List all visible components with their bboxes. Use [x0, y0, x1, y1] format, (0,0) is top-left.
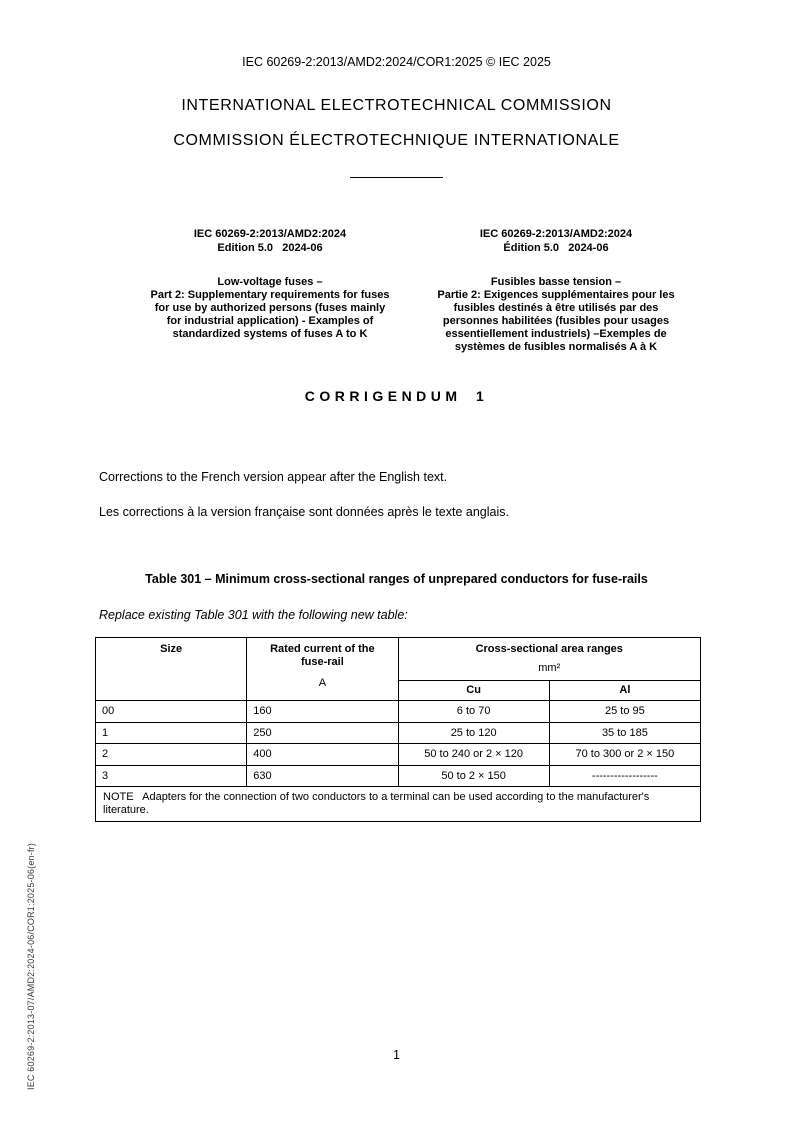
cell-cu: 25 to 120	[398, 722, 549, 744]
cell-al: 25 to 95	[549, 701, 700, 723]
standard-title-en: Low-voltage fuses – Part 2: Supplementar…	[110, 276, 430, 341]
table-header-row-1: Size Rated current of the fuse-rail A Cr…	[96, 638, 701, 681]
standard-reference-fr: IEC 60269-2:2013/AMD2:2024	[402, 228, 710, 242]
cell-size: 3	[96, 765, 247, 787]
page-number: 1	[0, 1048, 793, 1062]
corrections-note-english: Corrections to the French version appear…	[99, 470, 699, 485]
col-header-al: Al	[549, 681, 700, 701]
corrigendum-heading: CORRIGENDUM 1	[0, 388, 793, 404]
org-name-english: INTERNATIONAL ELECTROTECHNICAL COMMISSIO…	[0, 97, 793, 115]
edition-block-french: IEC 60269-2:2013/AMD2:2024 Édition 5.0 2…	[402, 228, 710, 354]
cell-cu: 50 to 2 × 150	[398, 765, 549, 787]
org-name-french: COMMISSION ÉLECTROTECHNIQUE INTERNATIONA…	[0, 132, 793, 150]
table-replace-instruction: Replace existing Table 301 with the foll…	[99, 608, 699, 622]
col-header-rated-current-unit: A	[247, 677, 397, 689]
col-header-cu: Cu	[398, 681, 549, 701]
col-header-rated-current: Rated current of the fuse-rail A	[247, 638, 398, 701]
col-header-size-label: Size	[96, 643, 246, 656]
cell-size: 2	[96, 744, 247, 766]
cell-cu: 6 to 70	[398, 701, 549, 723]
col-header-cross-sectional-label: Cross-sectional area ranges	[399, 643, 701, 656]
cell-current: 400	[247, 744, 398, 766]
col-header-cross-sectional-unit: mm²	[399, 662, 701, 674]
col-header-rated-current-label: Rated current of the fuse-rail	[247, 643, 397, 668]
table-row: 1 250 25 to 120 35 to 185	[96, 722, 701, 744]
cell-size: 00	[96, 701, 247, 723]
corrections-note-french: Les corrections à la version française s…	[99, 505, 699, 520]
table-row: 00 160 6 to 70 25 to 95	[96, 701, 701, 723]
table-301: Size Rated current of the fuse-rail A Cr…	[95, 637, 701, 822]
cell-size: 1	[96, 722, 247, 744]
cell-current: 250	[247, 722, 398, 744]
cell-cu: 50 to 240 or 2 × 120	[398, 744, 549, 766]
document-page: IEC 60269-2:2013/AMD2:2024/COR1:2025 © I…	[0, 0, 793, 1122]
document-reference-header: IEC 60269-2:2013/AMD2:2024/COR1:2025 © I…	[0, 55, 793, 69]
col-header-size: Size	[96, 638, 247, 701]
table-row: 3 630 50 to 2 × 150 ------------------	[96, 765, 701, 787]
edition-line-en: Edition 5.0 2024-06	[110, 242, 430, 256]
table-note-row: NOTE Adapters for the connection of two …	[96, 787, 701, 822]
cell-al: ------------------	[549, 765, 700, 787]
header-divider-rule	[350, 177, 443, 178]
edition-block-english: IEC 60269-2:2013/AMD2:2024 Edition 5.0 2…	[110, 228, 430, 341]
edition-line-fr: Édition 5.0 2024-06	[402, 242, 710, 256]
cell-current: 630	[247, 765, 398, 787]
standard-title-fr: Fusibles basse tension – Partie 2: Exige…	[402, 276, 710, 354]
table-301-title: Table 301 – Minimum cross-sectional rang…	[0, 572, 793, 586]
col-header-cross-sectional: Cross-sectional area ranges mm²	[398, 638, 701, 681]
table-note: NOTE Adapters for the connection of two …	[96, 787, 701, 822]
table-row: 2 400 50 to 240 or 2 × 120 70 to 300 or …	[96, 744, 701, 766]
standard-reference-en: IEC 60269-2:2013/AMD2:2024	[110, 228, 430, 242]
cell-al: 70 to 300 or 2 × 150	[549, 744, 700, 766]
cell-current: 160	[247, 701, 398, 723]
cell-al: 35 to 185	[549, 722, 700, 744]
